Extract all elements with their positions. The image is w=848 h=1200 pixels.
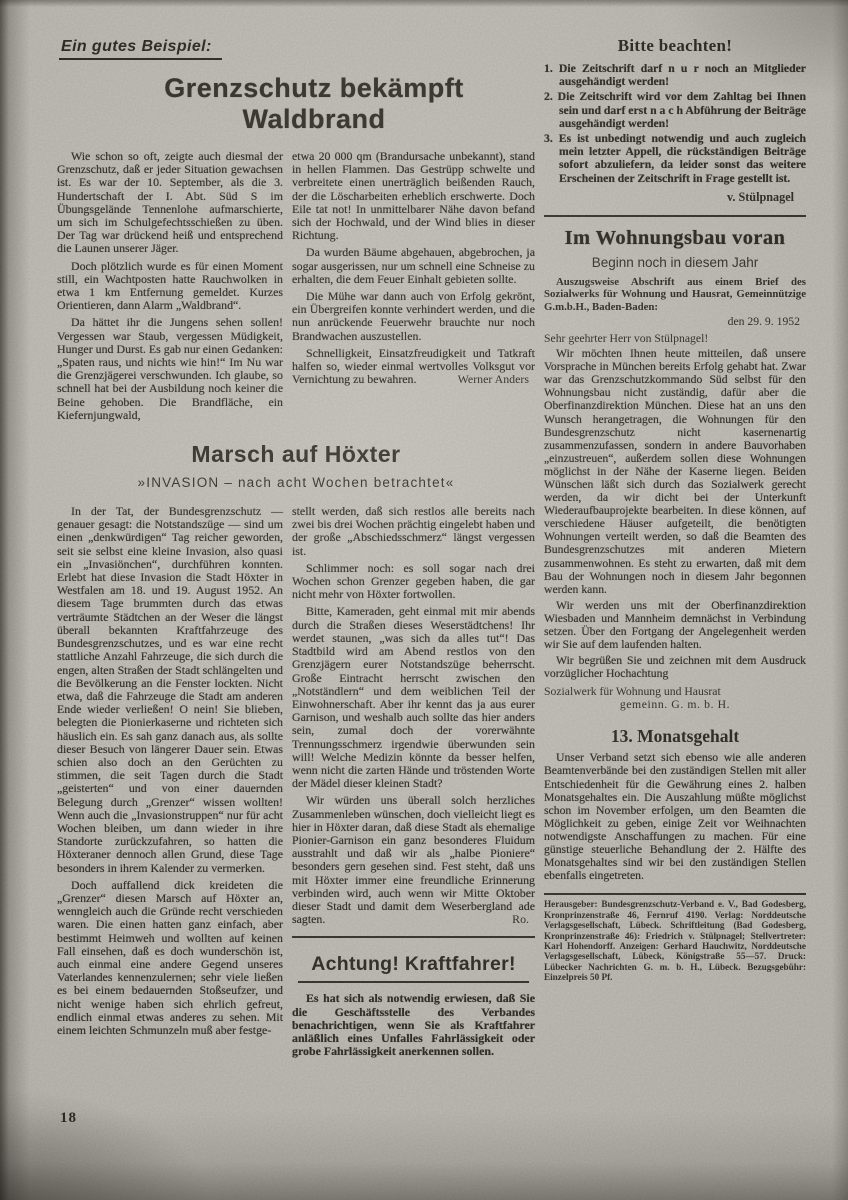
hoexter-subtitle: »INVASION – nach acht Wochen betrachtet« bbox=[57, 475, 535, 490]
wohnungsbau-headline: Im Wohnungsbau voran bbox=[544, 227, 806, 250]
hoexter-author: Ro. bbox=[292, 913, 535, 926]
hoexter-article: In der Tat, der Bundesgrenzschutz — gena… bbox=[57, 505, 535, 1058]
kraftfahrer-notice: Achtung! Kraftfahrer! Es hat sich als no… bbox=[292, 953, 535, 1058]
hoexter-column-2-text: stellt werden, daß sich restlos alle ber… bbox=[292, 505, 535, 926]
hoexter-column-1: In der Tat, der Bundesgrenzschutz — gena… bbox=[57, 505, 283, 1058]
paragraph: Wie schon so oft, zeigte auch diesmal de… bbox=[57, 150, 283, 256]
paragraph: Doch plötzlich wurde es für einen Moment… bbox=[57, 260, 283, 313]
letter-body: Wir möchten Ihnen heute mitteilen, daß u… bbox=[544, 347, 806, 680]
paragraph: Schlimmer noch: es soll sogar nach drei … bbox=[292, 562, 535, 602]
letter-date: den 29. 9. 1952 bbox=[544, 315, 806, 328]
paragraph: 2. Die Zeitschrift wird vor dem Zahltag … bbox=[544, 90, 806, 130]
waldbrand-column-2: etwa 20 000 qm (Brandursache unbekannt),… bbox=[292, 150, 535, 422]
letter-closing-org: Sozialwerk für Wohnung und Hausrat bbox=[544, 685, 806, 698]
wohnungsbau-article: Im Wohnungsbau voran Beginn noch in dies… bbox=[544, 227, 806, 712]
hoexter-headline: Marsch auf Höxter bbox=[57, 441, 535, 468]
paragraph: Wir würden uns überall solch herzliches … bbox=[292, 794, 535, 926]
wohnungsbau-subtitle: Beginn noch in diesem Jahr bbox=[544, 255, 806, 270]
waldbrand-article: Wie schon so oft, zeigte auch diesmal de… bbox=[57, 150, 535, 422]
monatsgehalt-headline: 13. Monatsgehalt bbox=[544, 726, 806, 747]
paragraph: etwa 20 000 qm (Brandursache unbekannt),… bbox=[292, 150, 535, 242]
paragraph: Die Mühe war dann auch von Erfolg gekrön… bbox=[292, 290, 535, 343]
left-page-area: Ein gutes Beispiel: Grenzschutz bekämpft… bbox=[57, 38, 535, 1058]
paragraph: Bitte, Kameraden, geht einmal mit mir ab… bbox=[292, 605, 535, 790]
beachten-list: 1. Die Zeitschrift darf n u r noch an Mi… bbox=[544, 62, 806, 185]
page-number: 18 bbox=[60, 1110, 77, 1127]
waldbrand-headline: Grenzschutz bekämpft Waldbrand bbox=[93, 73, 535, 135]
beachten-headline: Bitte beachten! bbox=[544, 36, 806, 56]
paragraph: Da wurden Bäume abgehauen, abgebrochen, … bbox=[292, 246, 535, 286]
magazine-page: Ein gutes Beispiel: Grenzschutz bekämpft… bbox=[0, 0, 848, 1200]
letter-closing-legal: gemeinn. G. m. b. H. bbox=[544, 698, 806, 711]
monatsgehalt-article: 13. Monatsgehalt Unser Verband setzt sic… bbox=[544, 726, 806, 882]
paragraph: stellt werden, daß sich restlos alle ber… bbox=[292, 505, 535, 558]
paragraph: In der Tat, der Bundesgrenzschutz — gena… bbox=[57, 505, 283, 875]
waldbrand-column-2-text: etwa 20 000 qm (Brandursache unbekannt),… bbox=[292, 150, 535, 386]
paragraph: Da hättet ihr die Jungens sehen sollen! … bbox=[57, 316, 283, 422]
imprint-block: Herausgeber: Bundesgrenzschutz-Verband e… bbox=[544, 899, 806, 982]
paragraph: Wir möchten Ihnen heute mitteilen, daß u… bbox=[544, 347, 806, 596]
paragraph: Es hat sich als notwendig erwiesen, daß … bbox=[292, 992, 535, 1058]
kicker-label: Ein gutes Beispiel: bbox=[59, 38, 222, 60]
wohnungsbau-intro: Auszugsweise Abschrift aus einem Brief d… bbox=[544, 276, 806, 313]
paragraph: Wir werden uns mit der Oberfinanzdirekti… bbox=[544, 599, 806, 651]
divider-above-kraftfahrer bbox=[292, 936, 535, 938]
beachten-signature: v. Stülpnagel bbox=[544, 190, 806, 205]
right-page-column: Bitte beachten! 1. Die Zeitschrift darf … bbox=[544, 36, 806, 983]
beachten-notice: Bitte beachten! 1. Die Zeitschrift darf … bbox=[544, 36, 806, 205]
divider-beachten-wohnungsbau bbox=[544, 215, 806, 217]
paragraph: Wir begrüßen Sie und zeichnen mit dem Au… bbox=[544, 654, 806, 680]
paragraph: 1. Die Zeitschrift darf n u r noch an Mi… bbox=[544, 62, 806, 88]
kraftfahrer-headline: Achtung! Kraftfahrer! bbox=[298, 953, 529, 983]
letter-salutation: Sehr geehrter Herr von Stülpnagel! bbox=[544, 332, 806, 345]
paragraph: Unser Verband setzt sich ebenso wie alle… bbox=[544, 751, 806, 882]
waldbrand-column-1: Wie schon so oft, zeigte auch diesmal de… bbox=[57, 150, 283, 422]
divider-above-imprint bbox=[544, 893, 806, 895]
paragraph: Doch auffallend dick kreideten die „Gren… bbox=[57, 879, 283, 1037]
kraftfahrer-body: Es hat sich als notwendig erwiesen, daß … bbox=[292, 992, 535, 1058]
monatsgehalt-body: Unser Verband setzt sich ebenso wie alle… bbox=[544, 751, 806, 882]
paragraph: 3. Es ist unbedingt notwendig und auch z… bbox=[544, 132, 806, 185]
hoexter-column-2: stellt werden, daß sich restlos alle ber… bbox=[292, 505, 535, 1058]
kicker-row: Ein gutes Beispiel: bbox=[57, 38, 535, 60]
